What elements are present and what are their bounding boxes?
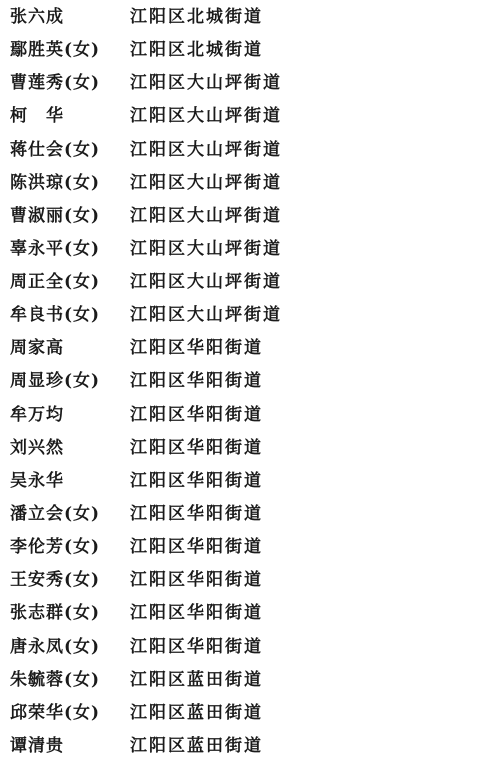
person-address: 江阳区蓝田街道 bbox=[130, 697, 263, 730]
list-item: 鄢胜英(女) 江阳区北城街道 bbox=[0, 34, 500, 67]
person-name: 曹莲秀(女) bbox=[10, 67, 100, 100]
list-item: 蒋仕会(女) 江阳区大山坪街道 bbox=[0, 134, 500, 167]
person-name: 周正全(女) bbox=[10, 266, 100, 299]
person-address: 江阳区大山坪街道 bbox=[130, 167, 282, 200]
person-name: 鄢胜英(女) bbox=[10, 34, 100, 67]
list-item: 陈洪琼(女) 江阳区大山坪街道 bbox=[0, 167, 500, 200]
person-name: 邱荣华(女) bbox=[10, 697, 100, 730]
person-address: 江阳区华阳街道 bbox=[130, 498, 263, 531]
list-item: 柯 华 江阳区大山坪街道 bbox=[0, 100, 500, 133]
list-item: 周正全(女) 江阳区大山坪街道 bbox=[0, 266, 500, 299]
list-item: 李伦芳(女) 江阳区华阳街道 bbox=[0, 531, 500, 564]
person-name: 潘立会(女) bbox=[10, 498, 100, 531]
person-name: 张六成 bbox=[10, 1, 64, 34]
person-name: 李伦芳(女) bbox=[10, 531, 100, 564]
person-name: 曹淑丽(女) bbox=[10, 200, 100, 233]
list-item: 周家高 江阳区华阳街道 bbox=[0, 332, 500, 365]
person-address: 江阳区华阳街道 bbox=[130, 597, 263, 630]
person-name: 刘兴然 bbox=[10, 432, 64, 465]
list-item: 邱荣华(女) 江阳区蓝田街道 bbox=[0, 697, 500, 730]
person-address: 江阳区华阳街道 bbox=[130, 432, 263, 465]
list-item: 张六成 江阳区北城街道 bbox=[0, 1, 500, 34]
person-address: 江阳区华阳街道 bbox=[130, 531, 263, 564]
person-name: 柯 华 bbox=[10, 100, 64, 133]
person-name: 吴永华 bbox=[10, 465, 64, 498]
person-address: 江阳区华阳街道 bbox=[130, 332, 263, 365]
list-item: 刘兴然 江阳区华阳街道 bbox=[0, 432, 500, 465]
person-address: 江阳区大山坪街道 bbox=[130, 134, 282, 167]
person-address: 江阳区北城街道 bbox=[130, 34, 263, 67]
person-name: 周家高 bbox=[10, 332, 64, 365]
person-name: 辜永平(女) bbox=[10, 233, 100, 266]
list-item: 谭清贵 江阳区蓝田街道 bbox=[0, 730, 500, 763]
person-name: 朱毓蓉(女) bbox=[10, 664, 100, 697]
person-name: 谭清贵 bbox=[10, 730, 64, 763]
list-item: 王安秀(女) 江阳区华阳街道 bbox=[0, 564, 500, 597]
person-address: 江阳区大山坪街道 bbox=[130, 100, 282, 133]
person-address: 江阳区华阳街道 bbox=[130, 365, 263, 398]
person-name: 周显珍(女) bbox=[10, 365, 100, 398]
list-item: 张志群(女) 江阳区华阳街道 bbox=[0, 597, 500, 630]
person-name: 蒋仕会(女) bbox=[10, 134, 100, 167]
person-address: 江阳区大山坪街道 bbox=[130, 299, 282, 332]
list-item: 曹莲秀(女) 江阳区大山坪街道 bbox=[0, 67, 500, 100]
list-item: 唐永凤(女) 江阳区华阳街道 bbox=[0, 631, 500, 664]
person-address: 江阳区蓝田街道 bbox=[130, 730, 263, 763]
list-item: 朱毓蓉(女) 江阳区蓝田街道 bbox=[0, 664, 500, 697]
person-address: 江阳区华阳街道 bbox=[130, 564, 263, 597]
person-address: 江阳区华阳街道 bbox=[130, 465, 263, 498]
person-address: 江阳区大山坪街道 bbox=[130, 266, 282, 299]
person-address: 江阳区北城街道 bbox=[130, 1, 263, 34]
person-name: 牟良书(女) bbox=[10, 299, 100, 332]
list-item: 曹淑丽(女) 江阳区大山坪街道 bbox=[0, 200, 500, 233]
list-item: 辜永平(女) 江阳区大山坪街道 bbox=[0, 233, 500, 266]
person-address: 江阳区大山坪街道 bbox=[130, 233, 282, 266]
list-item: 周显珍(女) 江阳区华阳街道 bbox=[0, 365, 500, 398]
person-address: 江阳区大山坪街道 bbox=[130, 200, 282, 233]
person-name: 陈洪琼(女) bbox=[10, 167, 100, 200]
list-item: 牟良书(女) 江阳区大山坪街道 bbox=[0, 299, 500, 332]
list-item: 牟万均 江阳区华阳街道 bbox=[0, 399, 500, 432]
person-name: 王安秀(女) bbox=[10, 564, 100, 597]
person-name: 张志群(女) bbox=[10, 597, 100, 630]
list-item: 吴永华 江阳区华阳街道 bbox=[0, 465, 500, 498]
person-name: 牟万均 bbox=[10, 399, 64, 432]
person-address: 江阳区华阳街道 bbox=[130, 631, 263, 664]
person-address: 江阳区华阳街道 bbox=[130, 399, 263, 432]
person-address: 江阳区大山坪街道 bbox=[130, 67, 282, 100]
person-name: 唐永凤(女) bbox=[10, 631, 100, 664]
list-item: 潘立会(女) 江阳区华阳街道 bbox=[0, 498, 500, 531]
person-address: 江阳区蓝田街道 bbox=[130, 664, 263, 697]
